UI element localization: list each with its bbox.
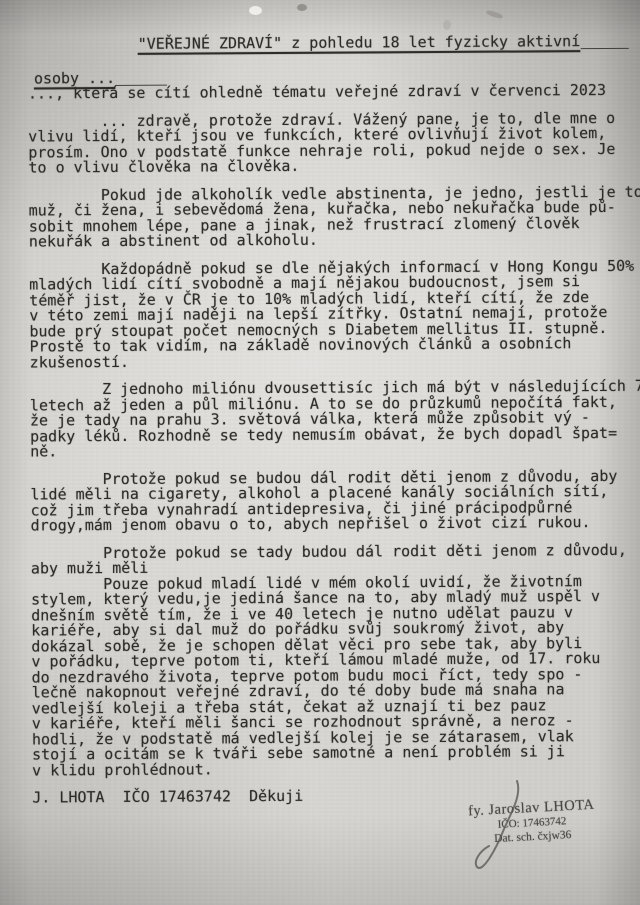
paper-speck (297, 4, 307, 11)
intro-line: ..., která se cítí ohledně tématu veřejn… (28, 83, 638, 102)
paragraph: Protože pokud se budou dál rodit děti je… (30, 468, 640, 534)
document-photo: "VEŘEJNÉ ZDRAVÍ" z pohledu 18 let fyzick… (0, 0, 640, 905)
paper-speck (443, 20, 451, 30)
text-line: padky léků. Rozhodně se tedy nemusím obá… (30, 425, 640, 444)
document-title: "VEŘEJNÉ ZDRAVÍ" z pohledu 18 let fyzick… (138, 34, 638, 53)
title-text: "VEŘEJNÉ ZDRAVÍ" z pohledu 18 let fyzick… (138, 32, 581, 53)
paragraph: Protože pokud se tady budou dál rodit dě… (31, 542, 640, 778)
paragraph: ... zdravě, protože zdraví. Vážený pane,… (28, 110, 638, 176)
text-line: to o vlivu člověka na člověka. (28, 157, 638, 176)
paragraph: Z jednoho miliónu dvousettisíc jich má b… (30, 379, 640, 460)
paragraph: Každopádně pokud se dle nějakých informa… (29, 258, 640, 370)
paper-smudge (486, 9, 504, 19)
company-stamp: fy. Jaroslav LHOTA IČO: 17463742 Dat. sc… (461, 796, 603, 847)
title-underline-tail (580, 37, 628, 49)
paragraph: Pokud jde alkoholík vedle abstinenta, je… (29, 184, 639, 250)
document-body: ... zdravě, protože zdraví. Vážený pane,… (28, 110, 640, 778)
text-line: v klidu prohlédnout. (32, 759, 640, 778)
document-content: "VEŘEJNÉ ZDRAVÍ" z pohledu 18 let fyzick… (28, 34, 640, 806)
document-intro: osoby ... ..., která se cítí ohledně tém… (28, 67, 638, 102)
text-line: nekuřák a abstinent od alkoholu. (29, 231, 639, 250)
paper-speck (249, 6, 262, 15)
text-line: zkušeností. (30, 351, 640, 370)
text-line: drogy,mám jenom obavu o to, abych nepřiš… (31, 515, 640, 534)
